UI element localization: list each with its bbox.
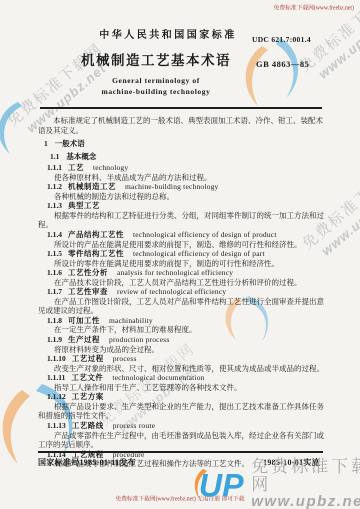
term-heading: 1.1.11工艺文件technological documentation xyxy=(47,373,326,383)
term-name-en: technological efficiency of design of pr… xyxy=(133,230,277,239)
term-number: 1.1.8 xyxy=(47,316,62,325)
term-definition: 所设计的产品在能满足使用要求的前提下，制造、维修的可行性和经济性。 xyxy=(38,240,326,250)
term-name-en: analysis for technological efficiency xyxy=(117,268,233,277)
term-definition: 在产品工作图设计阶段，工艺人员对产品和零件结构工艺性进行全面审查并提出意见或建议… xyxy=(38,297,326,316)
term-name-en: machinability xyxy=(109,316,153,325)
term-number: 1.1.1 xyxy=(47,163,62,172)
term-name-cn: 机械制造工艺 xyxy=(68,182,116,191)
term-name-cn: 工艺过程 xyxy=(72,354,104,363)
scanned-standard-page: 免费标准下载网 www.upbz.net 免费标准下载网 www.upbz.ne… xyxy=(0,0,360,509)
term-heading: 1.1.5零件结构工艺性technological efficiency of … xyxy=(47,249,326,259)
scope-paragraph: 本标准规定了机械制造工艺的一般术语、典型表面加工术语、冷作、钳工、装配术语及其定… xyxy=(38,116,326,135)
issue-date: 国家标准局1985-01-11发布 xyxy=(38,457,136,468)
term-number: 1.1.4 xyxy=(47,230,62,239)
term-name-cn: 工艺方案 xyxy=(72,392,104,401)
section-1-1-heading: 1.1基本概念 xyxy=(50,152,326,162)
term-heading: 1.1.7工艺性审查review of technological effici… xyxy=(47,287,326,297)
term-number: 1.1.6 xyxy=(47,268,62,277)
term-number: 1.1.7 xyxy=(47,287,62,296)
term-name-cn: 零件结构工艺性 xyxy=(68,249,124,258)
document-body: 本标准规定了机械制造工艺的一般术语、典型表面加工术语、冷作、钳工、装配术语及其定… xyxy=(38,116,326,469)
term-name-en: production process xyxy=(109,335,169,344)
term-name-cn: 典型工艺 xyxy=(68,201,100,210)
term-number: 1.1.10 xyxy=(47,354,66,363)
term-definition: 在产品技术设计阶段，工艺人员对产品结构工艺性进行分析和评价的过程。 xyxy=(38,278,326,288)
term-heading: 1.1.3典型工艺 xyxy=(47,201,326,211)
term-definition: 在一定生产条件下，材料加工的难易程度。 xyxy=(38,325,326,335)
term-name-cn: 产品结构工艺性 xyxy=(68,230,124,239)
effective-date: 1985-10-01实施 xyxy=(263,457,320,468)
term-heading: 1.1.1工艺technology xyxy=(47,163,326,173)
header-divider xyxy=(40,107,322,109)
standard-code: GB 4863—85 xyxy=(256,59,309,69)
up-logo-partial-left-icon xyxy=(0,98,28,158)
term-definition: 改变生产对象的形状、尺寸、相对位置和性质等，使其成为成品或半成品的过程。 xyxy=(38,364,326,374)
term-name-en: technology xyxy=(93,163,128,172)
watermark-url-top: 免费标准下载网(www.freebz.net) xyxy=(274,4,354,12)
term-number: 1.1.2 xyxy=(47,182,62,191)
term-heading: 1.1.4产品结构工艺性technological efficiency of … xyxy=(47,230,326,240)
term-definition: 根据零件的结构和工艺特征进行分类、分组，对同组零件制订的统一加工方法和过程。 xyxy=(38,211,326,230)
term-name-cn: 工艺路线 xyxy=(72,421,104,430)
term-number: 1.1.11 xyxy=(47,373,65,382)
term-name-en: process route xyxy=(113,421,155,430)
term-number: 1.1.5 xyxy=(47,249,62,258)
term-definition: 所设计的零件在能满足使用要求的前提下，制造的可行性和经济性。 xyxy=(38,259,326,269)
term-heading: 1.1.9生产过程production process xyxy=(47,335,326,345)
term-name-cn: 可加工性 xyxy=(68,316,100,325)
term-definition: 根据产品设计要求、生产类型和企业的生产能力，提出工艺技术准备工作具体任务和措施的… xyxy=(38,402,326,421)
term-number: 1.1.12 xyxy=(47,392,66,401)
term-heading: 1.1.6工艺性分析analysis for technological eff… xyxy=(47,268,326,278)
term-name-cn: 工艺 xyxy=(68,163,84,172)
term-name-en: machine-building technology xyxy=(125,182,219,191)
term-heading: 1.1.13工艺路线process route xyxy=(47,421,326,431)
udc-number: UDC 621.7:001.4 xyxy=(252,35,311,44)
section-1-heading: 1一般术语 xyxy=(44,139,326,149)
term-number: 1.1.13 xyxy=(47,421,66,430)
term-definition: 各种机械的制造方法和过程的总称。 xyxy=(38,192,326,202)
term-heading: 1.1.2机械制造工艺machine-building technology xyxy=(47,182,326,192)
term-definition: 将原材料转变为成品的全过程。 xyxy=(38,345,326,355)
term-name-en: review of technological efficiency xyxy=(117,287,226,296)
term-heading: 1.1.12工艺方案 xyxy=(47,392,326,402)
document-title-en: General terminology of machine-building … xyxy=(0,75,312,97)
term-name-en: process xyxy=(113,354,137,363)
term-name-cn: 工艺文件 xyxy=(71,373,103,382)
term-name-en: technological documentation xyxy=(112,373,204,382)
term-name-en: technological efficiency of design of pa… xyxy=(133,249,265,258)
term-name-cn: 工艺性审查 xyxy=(68,287,108,296)
watermark-url-bottom: 免费标准下载网(www.freebz.net) 无需注册 即可下载 xyxy=(65,495,295,503)
term-number: 1.1.3 xyxy=(47,201,62,210)
term-heading: 1.1.10工艺过程process xyxy=(47,354,326,364)
term-definition: 指导工人操作和用于生产、工艺管理等的各种技术文件。 xyxy=(38,383,326,393)
term-definition: 产品或零部件在生产过程中，由毛坯准备到成品包装入库，经过企业各有关部门或工序的先… xyxy=(38,431,326,450)
term-name-cn: 工艺性分析 xyxy=(68,268,108,277)
term-name-cn: 生产过程 xyxy=(68,335,100,344)
term-number: 1.1.9 xyxy=(47,335,62,344)
footer-divider xyxy=(38,451,323,453)
term-definition: 使各种原材料、半成品成为产品的方法和过程。 xyxy=(38,173,326,183)
